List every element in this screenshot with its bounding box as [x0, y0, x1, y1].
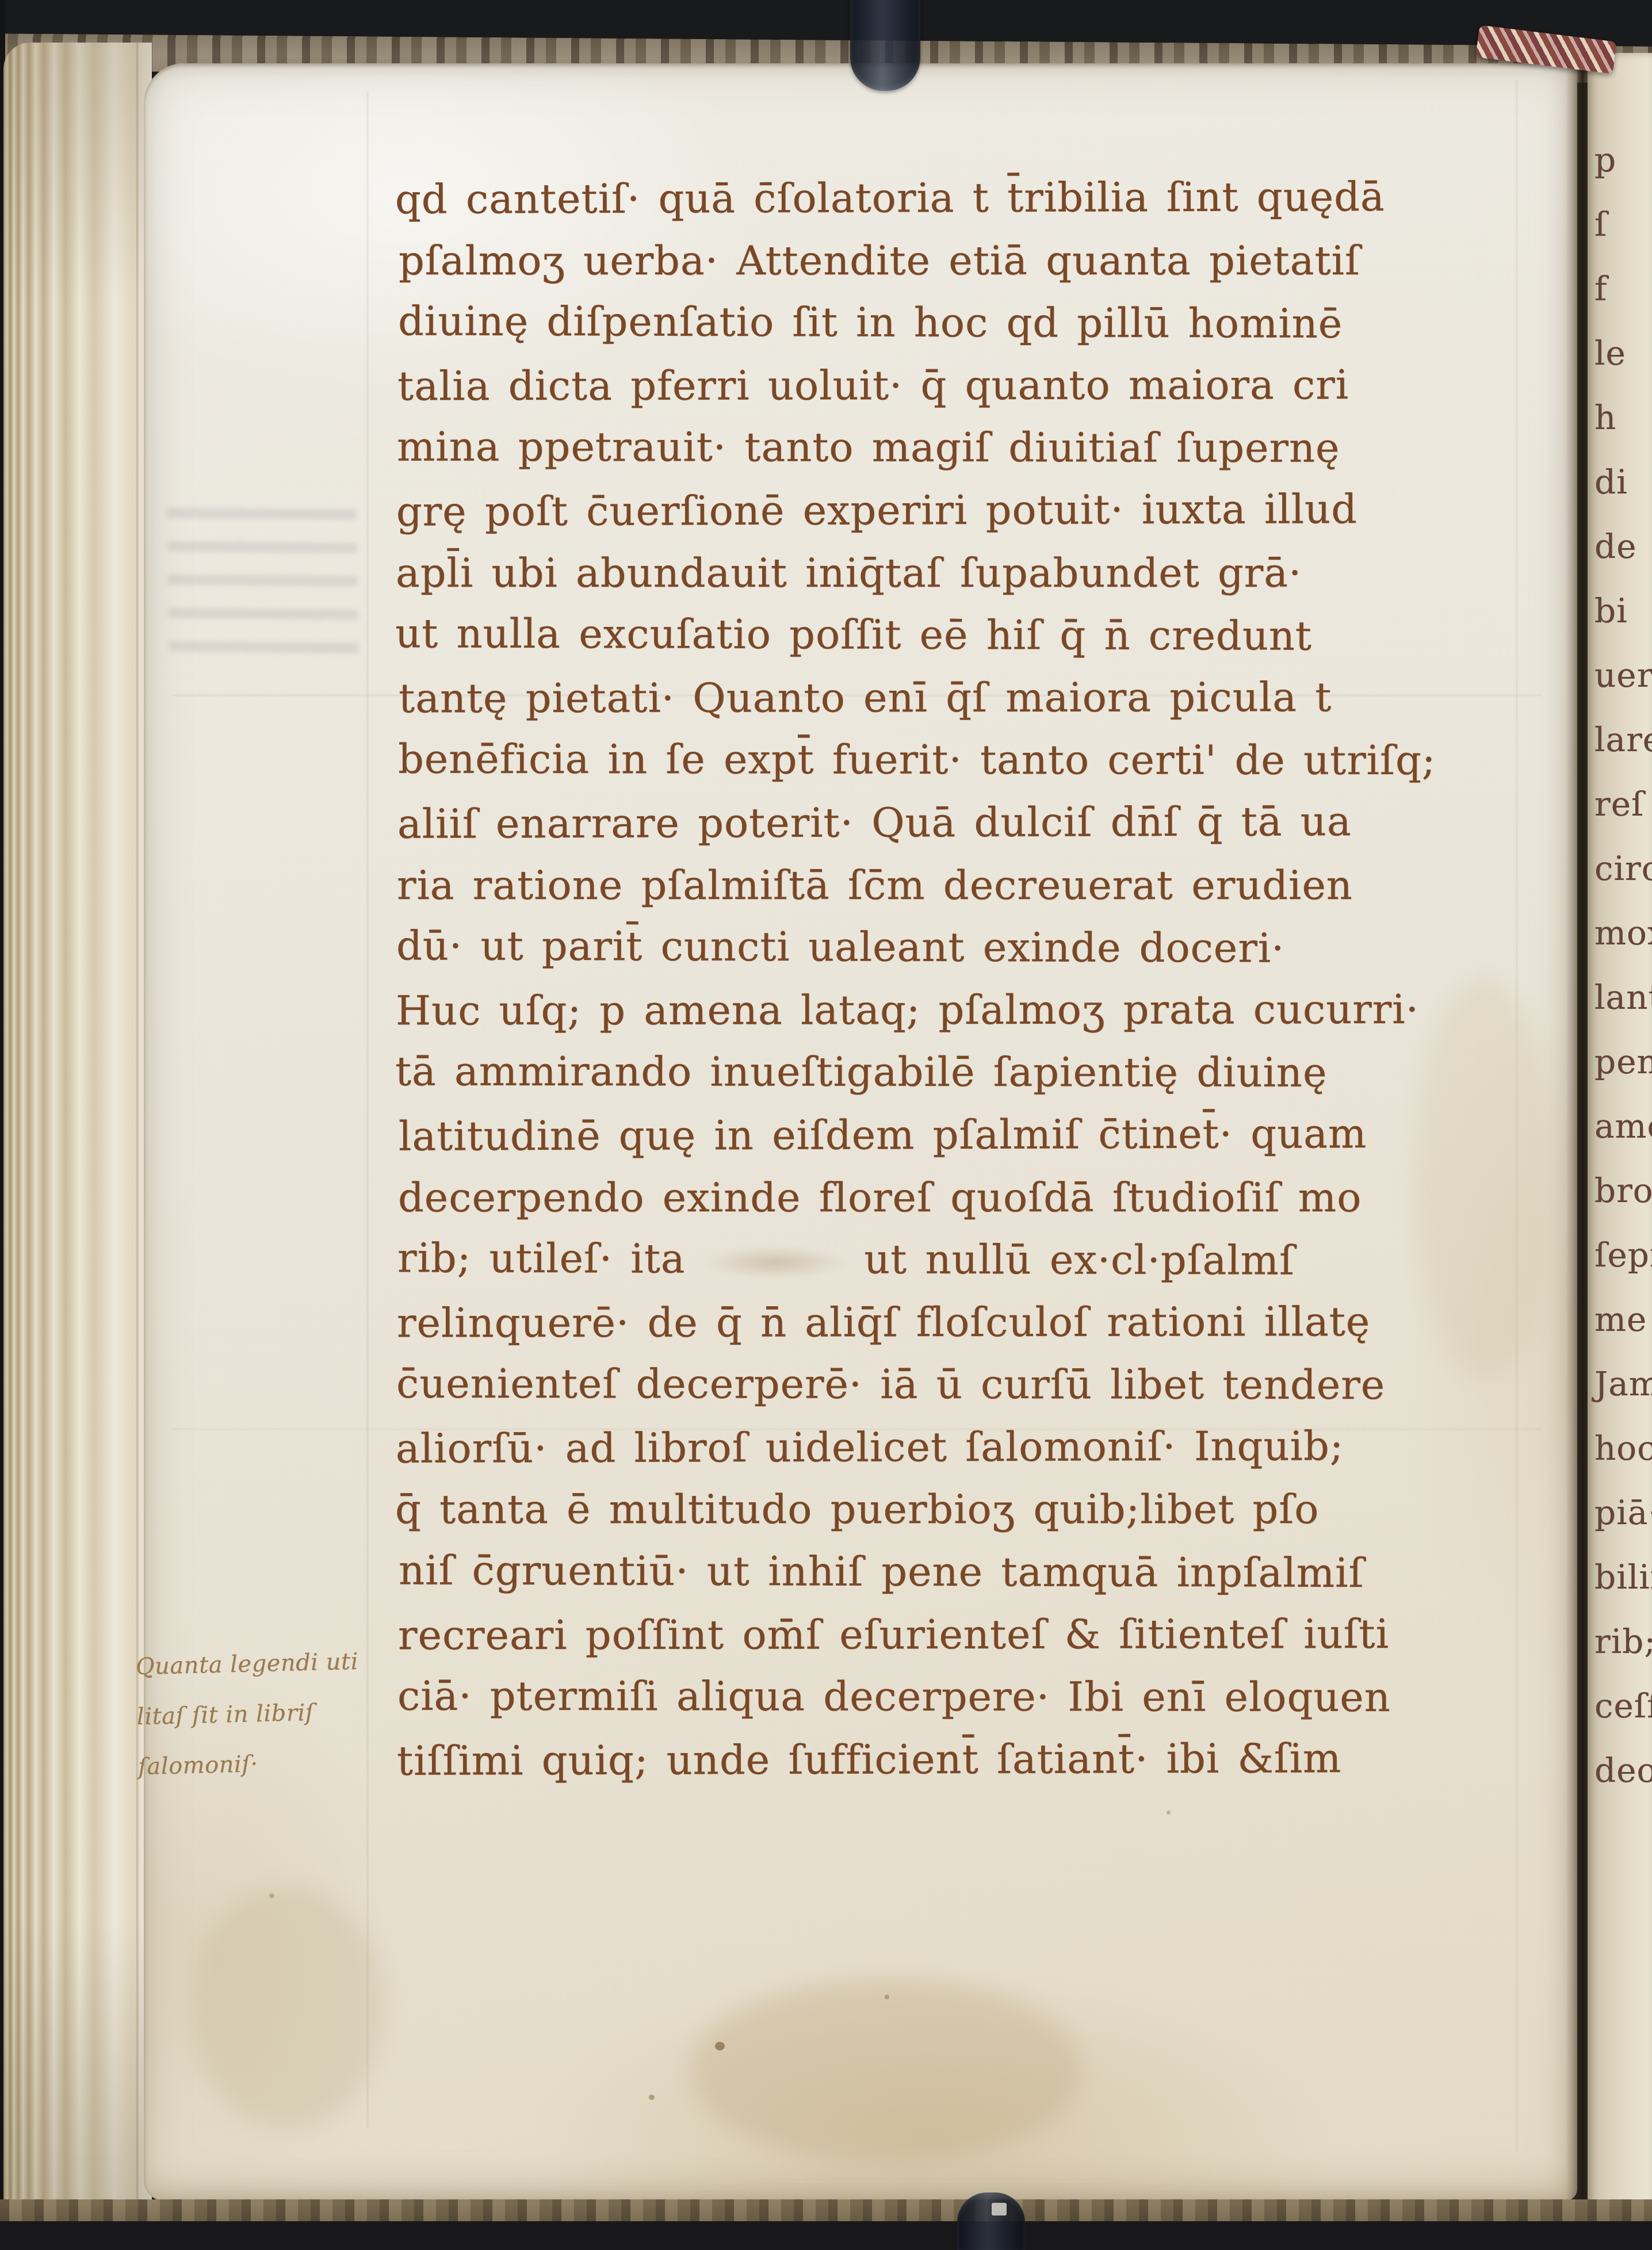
manuscript-photo: qd cantetiſ· quā c̄ſolatoria t t̄ribilia…	[0, 0, 1652, 2250]
parchment-stain	[190, 1887, 385, 2128]
marginal-note-line: ſalomoniſ·	[137, 1736, 386, 1792]
foxing-spot	[269, 1893, 274, 1898]
text-line: tiſſimi quiq; unde ſufficient̄ ſatiant̄·…	[397, 1728, 1524, 1793]
facing-page-fragment: ſ	[1594, 205, 1607, 244]
page-retaining-strap-bottom	[957, 2192, 1025, 2250]
text-line: ut nulla excuſatio poſſit eē hiſ q̄ n̄ c…	[395, 603, 1524, 669]
facing-page-fragment: ſepiu	[1594, 1235, 1652, 1275]
facing-page-fragment: Jam	[1594, 1364, 1652, 1403]
facing-page-fragment: f	[1594, 269, 1607, 308]
facing-page-fragment: hoc	[1594, 1429, 1652, 1468]
facing-page-fragment: deo	[1594, 1751, 1652, 1790]
parchment-stain	[690, 1979, 1081, 2163]
text-line: recreari poſſint om̄ſ eſurienteſ & ſitie…	[398, 1604, 1524, 1667]
facing-page-fragment: h	[1594, 398, 1616, 437]
text-line: pſalmoʒ uerba· Attendite etiā quanta pie…	[399, 231, 1524, 293]
foxing-spot	[715, 2042, 725, 2050]
facing-page-fragment: bi	[1594, 591, 1628, 630]
marginal-note: Quanta legendi utilitaſ ſit in libriſſal…	[135, 1636, 386, 1792]
text-line: ciā· ptermiſi aliqua decerpere· Ibi enī …	[397, 1666, 1524, 1730]
facing-page-fragment: ceſſe	[1594, 1686, 1652, 1725]
text-line: talia dicta pferri uoluit· q̄ quanto mai…	[397, 354, 1524, 418]
showthrough-ghost-text	[166, 499, 359, 675]
facing-page-fragment: rib;	[1594, 1622, 1652, 1661]
facing-page-fragment: piā·	[1594, 1493, 1652, 1532]
facing-page-fragment: ame	[1594, 1107, 1652, 1146]
foxing-spot	[1167, 1811, 1171, 1815]
text-line: rib; utileſ· ita ut nullū ex·cl·pſalmſ	[397, 1228, 1524, 1294]
foxing-spot	[649, 2095, 655, 2100]
photo-backdrop-bottom	[0, 2221, 1652, 2250]
text-block: qd cantetiſ· quā c̄ſolatoria t t̄ribilia…	[397, 168, 1524, 1792]
facing-page-fragment: lare	[1594, 720, 1652, 759]
facing-page-fragment: me n	[1594, 1300, 1652, 1339]
text-segment: rib; utileſ· ita	[397, 1234, 703, 1282]
facing-page-sliver: pſflehdidebiuerlarereſcircmoxlantpendame…	[1588, 53, 1652, 2209]
marginal-note-line: Quanta legendi uti	[135, 1636, 384, 1692]
facing-page-fragment: pend	[1594, 1042, 1652, 1081]
facing-page-fragment: di	[1594, 462, 1628, 502]
text-line: tā ammirando inueſtigabilē ſapientię diu…	[395, 1042, 1524, 1105]
ruling-line-left	[367, 92, 368, 2128]
text-line: qd cantetiſ· quā c̄ſolatoria t t̄ribilia…	[395, 166, 1524, 232]
text-line: c̄uenienteſ decerperē· iā ū curſū libet …	[396, 1354, 1524, 1418]
text-line: ria ratione pſalmiſtā ſc̄m decreuerat er…	[397, 855, 1524, 918]
text-line: Huc uſq; p amena lataq; pſalmoʒ prata cu…	[396, 979, 1524, 1043]
text-line: dū· ut parit̄ cuncti ualeant exinde doce…	[396, 916, 1524, 981]
text-line: tantę pietati· Quanto enī q̄ſ maiora pic…	[399, 667, 1524, 730]
marginal-note-line: litaſ ſit in libriſ	[136, 1686, 385, 1742]
text-line: apl̄i ubi abundauit iniq̄taſ ſupabundet …	[396, 543, 1524, 606]
facing-page-fragment: lant	[1594, 978, 1652, 1017]
facing-page-fragment: de	[1594, 527, 1636, 566]
text-line: niſ c̄gruentiū· ut inhiſ pene tamquā inp…	[399, 1540, 1524, 1606]
facing-page-fragment: broſ	[1594, 1171, 1652, 1210]
page-retaining-strap-top	[850, 0, 920, 91]
page-stack-edges	[3, 43, 152, 2221]
facing-page-fragment: mox	[1594, 913, 1652, 952]
text-line: diuinę diſpenſatio ſit in hoc qd pillū h…	[398, 291, 1524, 357]
text-line: decerpendo exinde floreſ quoſdā ſtudioſi…	[398, 1168, 1524, 1230]
text-line: q̄ tanta ē multitudo puerbioʒ quib;libet…	[395, 1479, 1524, 1542]
book-bottom-edge	[0, 2199, 1652, 2224]
facing-page-fragment: circ	[1594, 849, 1652, 888]
facing-page-fragment: p	[1594, 140, 1616, 179]
text-line: relinquerē· de q̄ n̄ aliq̄ſ floſculoſ ra…	[397, 1291, 1524, 1355]
foxing-spot	[885, 1995, 889, 1999]
facing-page-fragment: biliſ	[1594, 1558, 1652, 1597]
strap-clip	[992, 2203, 1007, 2215]
text-line: aliiſ enarrare poterit· Quā dulciſ dn̄ſ …	[397, 791, 1524, 856]
text-line: aliorſū· ad libroſ uidelicet ſalomoniſ· …	[396, 1415, 1524, 1481]
text-line: mina ppetrauit· tanto magiſ diuitiaſ ſup…	[397, 417, 1524, 481]
erasure-smudge	[703, 1246, 846, 1279]
text-line: grę poſt c̄uerſionē experiri potuit· iux…	[396, 479, 1524, 544]
text-segment: ut nullū ex·cl·pſalmſ	[846, 1236, 1295, 1284]
text-line: latitudinē quę in eiſdem pſalmiſ c̄tinet…	[399, 1103, 1524, 1169]
facing-page-fragment: uer	[1594, 656, 1652, 695]
facing-page-fragment: reſ	[1594, 785, 1645, 824]
text-line: benēficia in ſe expt̄ fuerit· tanto cert…	[398, 729, 1524, 793]
facing-page-fragment: le	[1594, 334, 1626, 373]
